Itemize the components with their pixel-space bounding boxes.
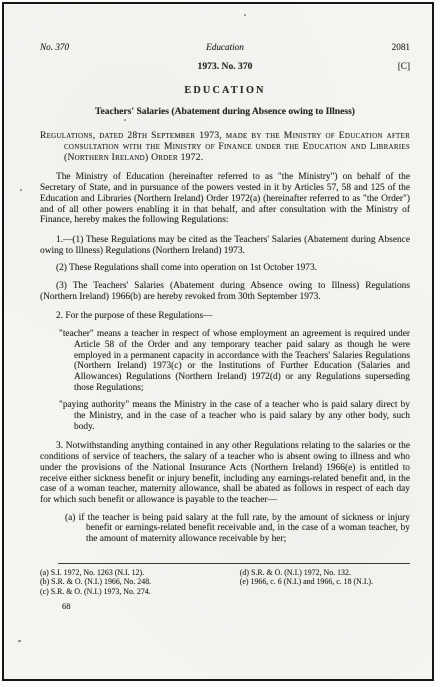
running-head-page: 2081 [392,42,410,52]
running-head-title: Education [206,42,244,52]
doc-title: Teachers' Salaries (Abatement during Abs… [40,106,410,117]
doc-number-line: 1973. No. 370 [C] [40,61,410,72]
regulation-3: 3. Notwithstanding anything contained in… [40,441,410,505]
scan-speck [20,189,22,191]
making-paragraph: The Ministry of Education (hereinafter r… [40,172,410,226]
preamble: Regulations, dated 28th September 1973, … [40,131,410,163]
running-head-number: No. 370 [40,42,69,52]
regulation-3-a: (a) if the teacher is being paid salary … [86,513,410,545]
footnote-a: (a) S.I. 1972, No. 1263 (N.I. 12). [40,568,240,578]
footnote-c: (c) S.R. & O. (N.I.) 1973, No. 274. [40,587,240,597]
scan-speck [124,119,126,121]
footnotes: (a) S.I. 1972, No. 1263 (N.I. 12). (b) S… [40,568,410,597]
doc-number: 1973. No. 370 [198,61,253,72]
scan-speck [244,14,246,16]
footnote-rule [58,563,410,564]
regulation-1-3: (3) The Teachers' Salaries (Abatement du… [40,281,410,302]
footnote-b: (b) S.R. & O. (N.I.) 1966, No. 248. [40,577,240,587]
definition-teacher: "teacher" means a teacher in respect of … [74,329,410,393]
definition-paying-authority: "paying authority" means the Ministry in… [74,400,410,432]
crown-copyright-mark: [C] [398,61,410,71]
regulation-1-2: (2) These Regulations shall come into op… [40,263,410,274]
scan-speck [18,640,21,642]
footnote-e: (e) 1966, c. 6 (N.I.) and 1966, c. 18 (N… [240,577,410,587]
running-head: No. 370 Education 2081 [40,42,410,52]
page-number: 68 [62,601,410,611]
regulation-1-1: 1.—(1) These Regulations may be cited as… [40,235,410,256]
regulation-2-intro: 2. For the purpose of these Regulations— [40,311,410,322]
section-heading: EDUCATION [40,85,410,96]
footnote-d: (d) S.R. & O. (N.I.) 1972, No. 132. [240,568,410,578]
scanned-page: No. 370 Education 2081 1973. No. 370 [C]… [2,2,434,681]
